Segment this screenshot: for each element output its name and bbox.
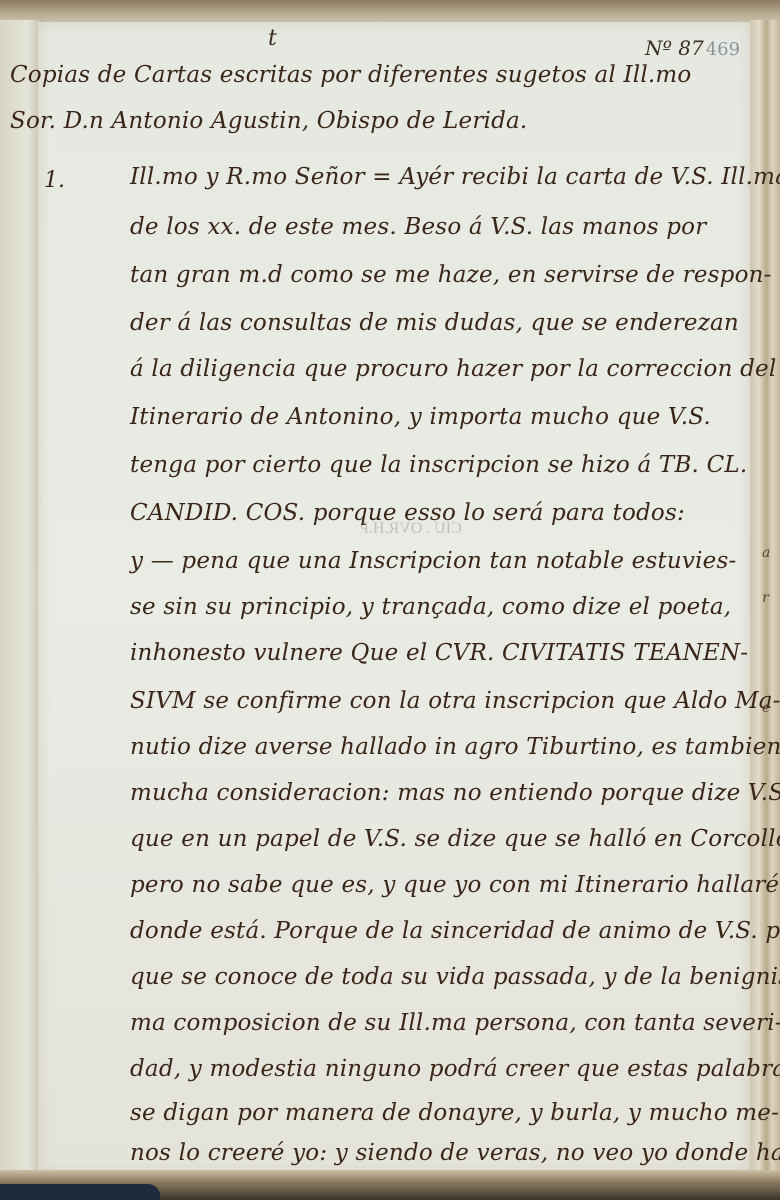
body-line: ma composicion de su Ill.ma persona, con… (130, 1010, 780, 1036)
body-line: mucha consideracion: mas no entiendo por… (130, 780, 780, 806)
body-line: inhonesto vulnere Que el CVR. CIVITATIS … (130, 640, 748, 666)
header-mark: t (268, 26, 277, 51)
body-line: donde está. Porque de la sinceridad de a… (130, 918, 780, 944)
facing-page-edge (0, 20, 41, 1170)
body-line: CANDID. COS. porque esso lo será para to… (130, 500, 685, 526)
folio-number: Nº 87469 (645, 36, 740, 60)
salutation: Ill.mo y R.mo Señor = (130, 164, 392, 190)
folio-pencil-number: 469 (706, 39, 740, 60)
letter-number: 1. (44, 168, 65, 193)
body-line: pero no sabe que es, y que yo con mi Iti… (130, 872, 779, 898)
body-line: dad, y modestia ninguno podrá creer que … (130, 1056, 780, 1082)
body-line: se digan por manera de donayre, y burla,… (130, 1100, 779, 1126)
background-surface (0, 1184, 160, 1200)
body-line: que se conoce de toda su vida passada, y… (130, 964, 780, 990)
body-line: der á las consultas de mis dudas, que se… (130, 310, 739, 336)
body-line: y — pena que una Inscripcion tan notable… (130, 548, 736, 574)
body-line: nos lo creeré yo: y siendo de veras, no … (130, 1140, 780, 1166)
body-line: á la diligencia que procuro hazer por la… (130, 356, 776, 382)
body-line: de los xx. de este mes. Beso á V.S. las … (130, 214, 706, 240)
salutation-and-line-1: Ill.mo y R.mo Señor = Ayér recibi la car… (130, 164, 780, 190)
folio-ink-number: Nº 87 (645, 36, 704, 60)
body-line-0: Ayér recibi la carta de V.S. Ill.ma (399, 164, 780, 190)
body-line: SIVM se confirme con la otra inscripcion… (130, 688, 780, 714)
title-line-2: Sor. D.n Antonio Agustin, Obispo de Leri… (10, 108, 527, 134)
scanned-manuscript: CIU . OVR.H.P t Nº 87469 Copias de Carta… (0, 0, 780, 1200)
body-line: tan gran m.d como se me haze, en servirs… (130, 262, 772, 288)
body-line: Itinerario de Antonino, y importa mucho … (130, 404, 711, 430)
body-line: nutio dize averse hallado in agro Tiburt… (130, 734, 780, 760)
margin-mark: r (762, 590, 769, 606)
body-line: se sin su principio, y trançada, como di… (130, 594, 731, 620)
body-line: tenga por cierto que la inscripcion se h… (130, 452, 747, 478)
margin-mark: e (762, 700, 770, 716)
margin-mark: a (762, 545, 770, 561)
body-line: que en un papel de V.S. se dize que se h… (130, 826, 780, 852)
title-line-1: Copias de Cartas escritas por diferentes… (10, 62, 691, 88)
